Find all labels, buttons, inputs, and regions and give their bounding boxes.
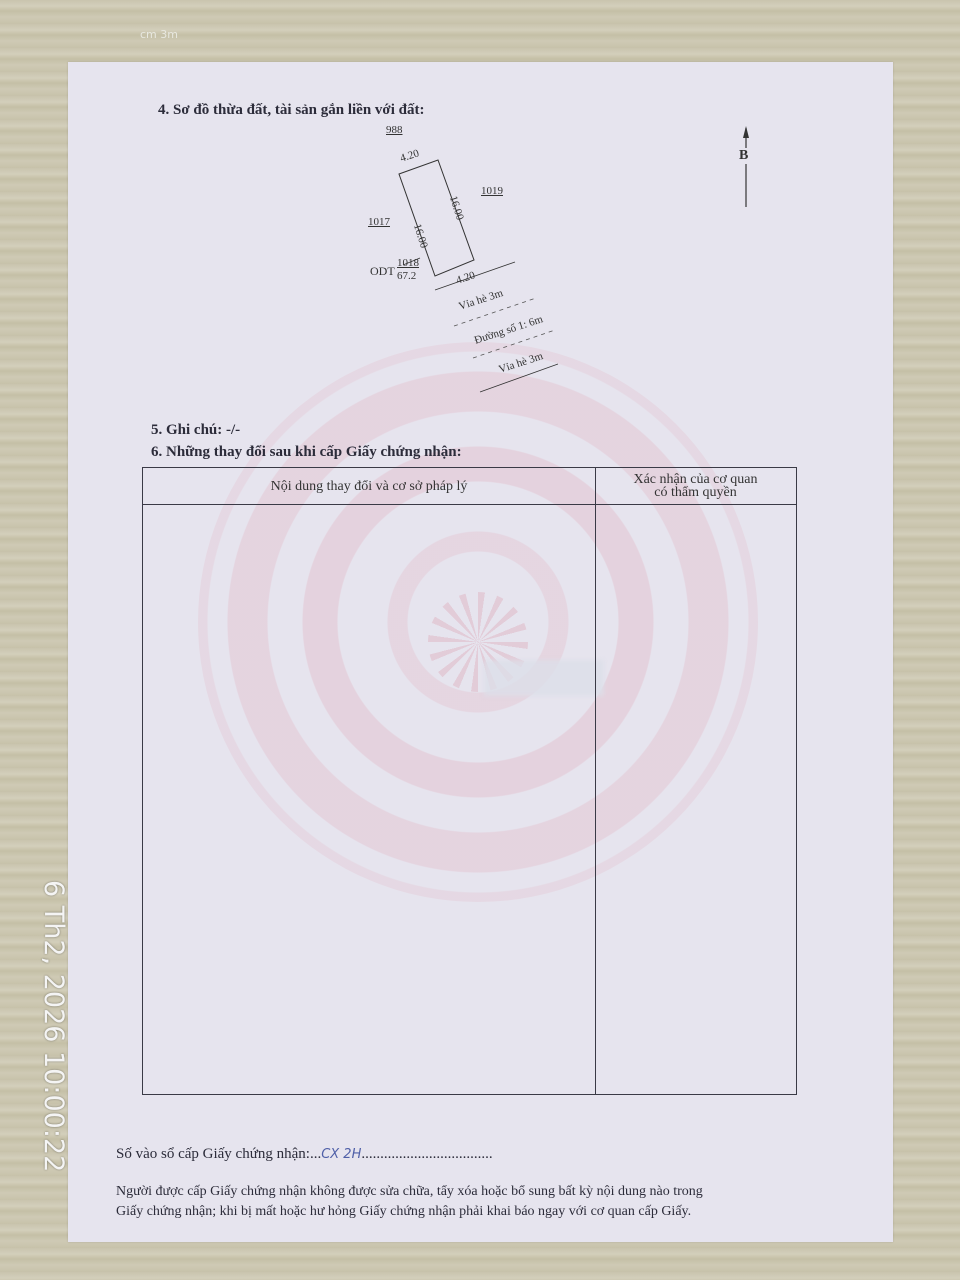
header-line-2: có thẩm quyền <box>633 486 757 499</box>
registry-label: Số vào sổ cấp Giấy chứng nhận: <box>116 1146 310 1162</box>
section-5-note: 5. Ghi chú: -/- <box>151 422 240 439</box>
changes-table: Nội dung thay đổi và cơ sở pháp lý Xác n… <box>142 467 797 1095</box>
parcel-area-label: 67.2 <box>397 270 416 282</box>
parcel-west-label: 1017 <box>368 216 390 228</box>
parcel-north-label: 988 <box>386 124 403 136</box>
parcel-type-label: ODT <box>370 264 395 279</box>
notice-line-1: Người được cấp Giấy chứng nhận không đượ… <box>116 1182 703 1202</box>
registry-line: Số vào sổ cấp Giấy chứng nhận:...CX 2H..… <box>116 1146 493 1163</box>
registry-dots-before: ... <box>310 1146 321 1162</box>
certificate-page: 4. Sơ đồ thừa đất, tài sản gắn liền với … <box>68 62 893 1242</box>
land-plot-diagram <box>68 62 893 422</box>
registry-value: CX 2H <box>321 1147 361 1162</box>
photo-timestamp: 6 Th2, 2026 10:00:22 <box>38 880 69 1172</box>
corner-watermark: cm 3m <box>140 30 178 40</box>
table-header-content: Nội dung thay đổi và cơ sở pháp lý <box>143 468 595 504</box>
table-header-divider <box>143 504 796 505</box>
notice-line-2: Giấy chứng nhận; khi bị mất hoặc hư hỏng… <box>116 1202 703 1222</box>
parcel-number-label: 1018 <box>397 257 419 269</box>
section-6-title: 6. Những thay đổi sau khi cấp Giấy chứng… <box>151 444 462 461</box>
north-arrow-label: B <box>739 148 748 164</box>
table-column-divider <box>595 468 596 1094</box>
parcel-east-label: 1019 <box>481 185 503 197</box>
table-header-confirmation: Xác nhận của cơ quan có thẩm quyền <box>595 468 796 504</box>
registry-dots-after: ................................... <box>361 1146 492 1162</box>
notice-text: Người được cấp Giấy chứng nhận không đượ… <box>116 1182 703 1222</box>
